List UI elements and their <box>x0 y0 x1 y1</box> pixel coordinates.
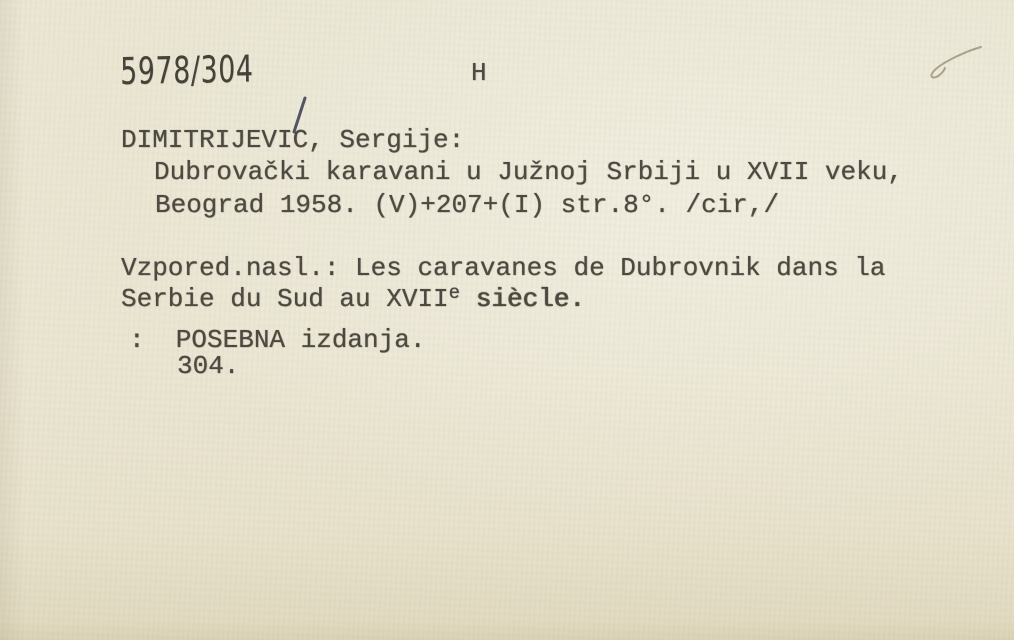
section-letter: H <box>471 58 487 88</box>
superscript-e: e <box>449 282 460 304</box>
pencil-checkmark-icon <box>915 40 987 84</box>
series-line: : POSEBNA izdanja. <box>129 325 425 355</box>
parallel-title-line-2-post: siècle. <box>460 284 585 314</box>
parallel-title-line-2: Serbie du Sud au XVIIe siècle. <box>121 278 585 314</box>
series-number: 304. <box>177 351 239 381</box>
author-heading: DIMITRIJEVIC, Sergije: <box>121 125 464 155</box>
catalog-card: 5978/304 H DIMITRIJEVIC, Sergije: Dubrov… <box>0 0 1014 640</box>
imprint-line: Beograd 1958. (V)+207+(I) str.8°. /cir,/ <box>155 190 779 220</box>
call-number: 5978/304 <box>120 47 254 93</box>
parallel-title-line-2-pre: Serbie du Sud au XVII <box>121 284 449 314</box>
title-line: Dubrovački karavani u Južnoj Srbiji u XV… <box>154 157 903 187</box>
